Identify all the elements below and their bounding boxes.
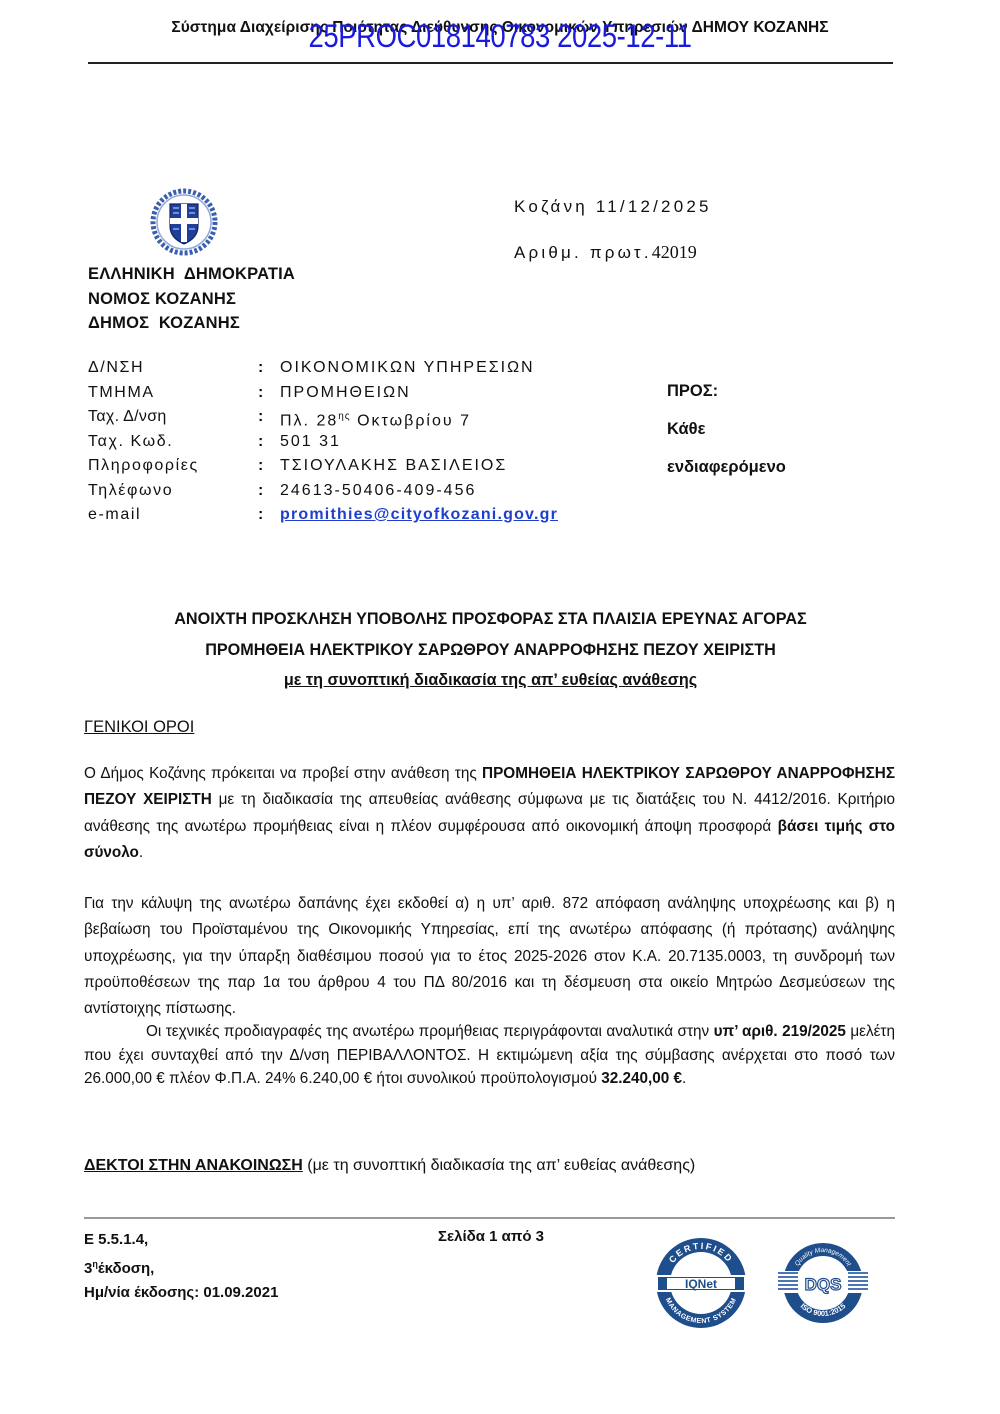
contact-label: Τηλέφωνο (88, 479, 258, 504)
contact-label: Ταχ. Δ/νση (88, 405, 258, 430)
dqs-iso-9001-logo-icon: DQS Quality Management ISO 9001:2015 (778, 1235, 868, 1331)
email-link[interactable]: promithies@cityofkozani.gov.gr (280, 506, 558, 523)
issuer-line: ΕΛΛΗΝΙΚΗ ΔΗΜΟΚΡΑΤΙΑ (88, 262, 295, 287)
protocol-number: Αριθμ. πρωτ.42019 (514, 242, 697, 263)
colon: : (258, 479, 280, 504)
contact-value: 24613-50406-409-456 (280, 479, 476, 504)
contact-value: Πλ. 28ης Οκτωβρίου 7 (280, 405, 471, 430)
document-date: Κοζάνη 11/12/2025 (514, 197, 712, 217)
protocol-label: Αριθμ. πρωτ. (514, 243, 652, 262)
recipient-line: ενδιαφερόμενο (667, 448, 786, 486)
logo1-center: IQNet (685, 1277, 717, 1291)
page-indicator: Σελίδα 1 από 3 (438, 1228, 544, 1245)
contact-row-section: ΤΜΗΜΑ : ΠΡΟΜΗΘΕΙΩΝ (88, 381, 558, 406)
colon: : (258, 356, 280, 381)
protocol-stamp: 25PROC018140783 2025-12-11 (70, 20, 930, 52)
contact-row-phone: Τηλέφωνο : 24613-50406-409-456 (88, 479, 558, 504)
document-title: ΑΝΟΙΧΤΗ ΠΡΟΣΚΛΗΣΗ ΥΠΟΒΟΛΗΣ ΠΡΟΣΦΟΡΑΣ ΣΤΑ… (88, 604, 893, 696)
contact-label: Δ/ΝΣΗ (88, 356, 258, 381)
issuer-line: ΝΟΜΟΣ ΚΟΖΑΝΗΣ (88, 287, 295, 312)
heading-note: (με τη συνοπτική διαδικασία της απ’ ευθε… (303, 1157, 695, 1174)
text: Ο Δήμος Κοζάνης πρόκειται να προβεί στην… (84, 765, 482, 782)
issuer-block: ΕΛΛΗΝΙΚΗ ΔΗΜΟΚΡΑΤΙΑ ΝΟΜΟΣ ΚΟΖΑΝΗΣ ΔΗΜΟΣ … (88, 262, 295, 336)
iqnet-certified-logo-icon: IQNet CERTIFIED MANAGEMENT SYSTEM (653, 1235, 749, 1331)
recipient-label: ΠΡΟΣ: (667, 372, 786, 410)
colon: : (258, 430, 280, 455)
recipient-block: ΠΡΟΣ: Κάθε ενδιαφερόμενο (667, 372, 786, 486)
footer-document-info: Ε 5.5.1.4, 3ηέκδοση, Ημ/νία έκδοσης: 01.… (84, 1228, 278, 1305)
paragraph-award: Ο Δήμος Κοζάνης πρόκειται να προβεί στην… (84, 761, 895, 866)
paragraph-specifications: Οι τεχνικές προδιαγραφές της ανωτέρω προ… (84, 1020, 895, 1091)
contact-value: promithies@cityofkozani.gov.gr (280, 503, 558, 528)
text: Οι τεχνικές προδιαγραφές της ανωτέρω προ… (146, 1023, 714, 1040)
protocol-value: 42019 (652, 242, 697, 262)
section-heading-general-terms: ΓΕΝΙΚΟΙ ΟΡΟΙ (84, 718, 194, 737)
address-suffix: Οκτωβρίου 7 (351, 412, 471, 429)
contact-row-address: Ταχ. Δ/νση : Πλ. 28ης Οκτωβρίου 7 (88, 405, 558, 430)
section-heading-recipients: ΔΕΚΤΟΙ ΣΤΗΝ ΑΝΑΚΟΙΝΩΣΗ (με τη συνοπτική … (84, 1157, 695, 1175)
contact-value: ΤΣΙΟΥΛΑΚΗΣ ΒΑΣΙΛΕΙΟΣ (280, 454, 507, 479)
address-prefix: Πλ. 28 (280, 412, 338, 429)
footer-edition: 3ηέκδοση, (84, 1252, 278, 1281)
contact-label: Πληροφορίες (88, 454, 258, 479)
paragraph-budget-commitment: Για την κάλυψη της ανωτέρω δαπάνης έχει … (84, 891, 895, 1022)
text: . (139, 844, 143, 861)
contact-details: Δ/ΝΣΗ : ΟΙΚΟΝΟΜΙΚΩΝ ΥΠΗΡΕΣΙΩΝ ΤΜΗΜΑ : ΠΡ… (88, 356, 558, 528)
greek-coat-of-arms-icon (150, 188, 218, 256)
text-bold: υπ’ αριθ. 219/2025 (714, 1023, 846, 1040)
contact-value: ΟΙΚΟΝΟΜΙΚΩΝ ΥΠΗΡΕΣΙΩΝ (280, 356, 535, 381)
colon: : (258, 454, 280, 479)
text: . (682, 1070, 686, 1087)
heading-text: ΔΕΚΤΟΙ ΣΤΗΝ ΑΝΑΚΟΙΝΩΣΗ (84, 1157, 303, 1174)
colon: : (258, 405, 280, 430)
title-subline: με τη συνοπτική διαδικασία της απ’ ευθεί… (88, 665, 893, 696)
contact-row-department: Δ/ΝΣΗ : ΟΙΚΟΝΟΜΙΚΩΝ ΥΠΗΡΕΣΙΩΝ (88, 356, 558, 381)
footer-divider (84, 1217, 895, 1219)
footer-code: Ε 5.5.1.4, (84, 1228, 278, 1252)
title-line: ΑΝΟΙΧΤΗ ΠΡΟΣΚΛΗΣΗ ΥΠΟΒΟΛΗΣ ΠΡΟΣΦΟΡΑΣ ΣΤΑ… (88, 604, 893, 635)
contact-label: ΤΜΗΜΑ (88, 381, 258, 406)
edition-word: έκδοση, (98, 1260, 154, 1277)
header-divider (88, 62, 893, 64)
contact-value: 501 31 (280, 430, 341, 455)
contact-label: Ταχ. Κωδ. (88, 430, 258, 455)
title-line: ΠΡΟΜΗΘΕΙΑ ΗΛΕΚΤΡΙΚΟΥ ΣΑΡΩΘΡΟΥ ΑΝΑΡΡΟΦΗΣΗ… (88, 635, 893, 666)
contact-value: ΠΡΟΜΗΘΕΙΩΝ (280, 381, 411, 406)
contact-row-email: e-mail : promithies@cityofkozani.gov.gr (88, 503, 558, 528)
address-sup: ης (338, 411, 350, 422)
contact-row-postcode: Ταχ. Κωδ. : 501 31 (88, 430, 558, 455)
footer-issue-date: Ημ/νία έκδοσης: 01.09.2021 (84, 1281, 278, 1305)
text-bold: 32.240,00 € (601, 1070, 682, 1087)
colon: : (258, 503, 280, 528)
contact-row-info: Πληροφορίες : ΤΣΙΟΥΛΑΚΗΣ ΒΑΣΙΛΕΙΟΣ (88, 454, 558, 479)
colon: : (258, 381, 280, 406)
contact-label: e-mail (88, 503, 258, 528)
svg-text:DQS: DQS (805, 1275, 842, 1294)
issuer-line: ΔΗΜΟΣ ΚΟΖΑΝΗΣ (88, 311, 295, 336)
recipient-line: Κάθε (667, 410, 786, 448)
